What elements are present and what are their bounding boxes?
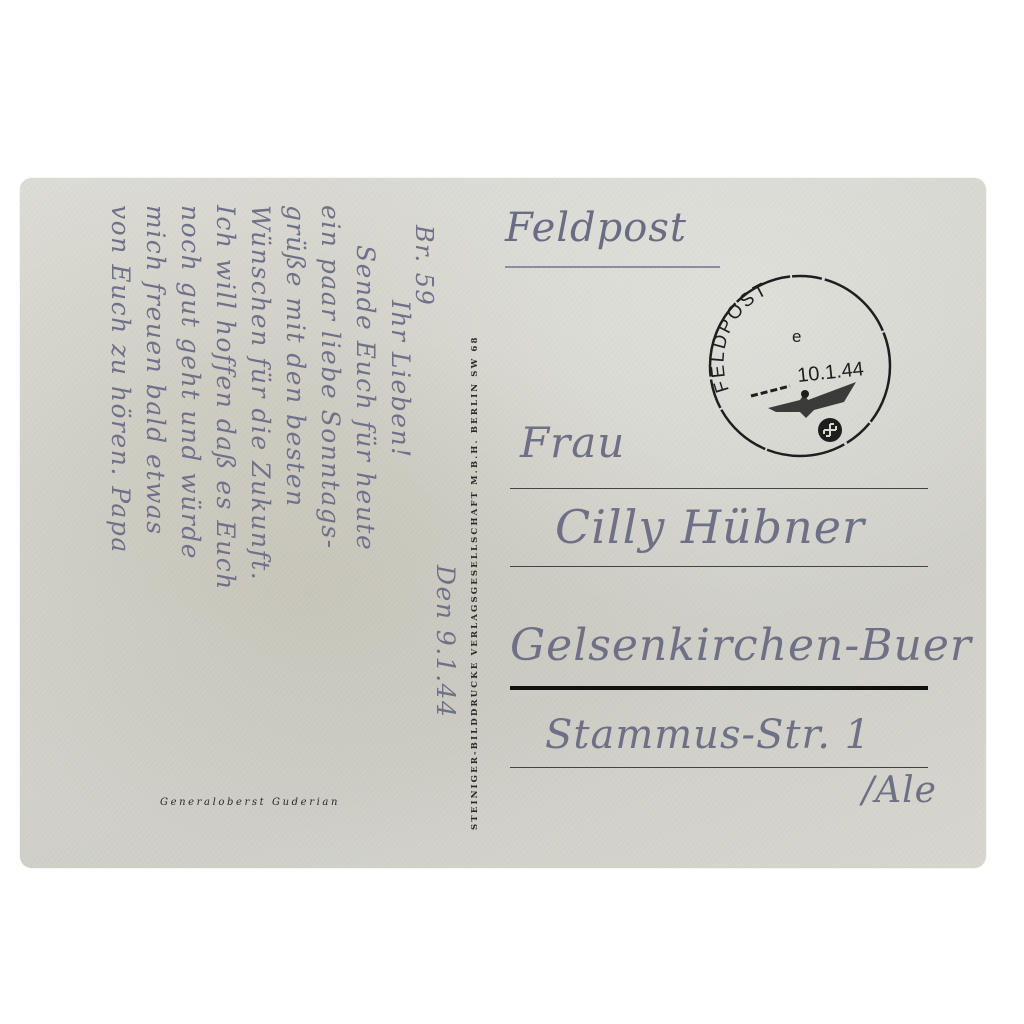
city: Gelsenkirchen-Buer xyxy=(510,620,972,671)
message-line: ein paar liebe Sonntags- xyxy=(316,205,345,550)
eagle-emblem-icon xyxy=(768,382,856,442)
stamp-letter: e xyxy=(792,327,801,346)
message-area: Br. 59 Ihr Lieben! Sende Euch für heute … xyxy=(40,195,460,855)
message-line: noch gut geht und würde xyxy=(176,205,205,560)
message-line: mich freuen bald etwas xyxy=(141,205,170,536)
feldpost-postmark: FELDPOST e 10.1.44 xyxy=(706,272,894,460)
message-line: grüße mit den besten xyxy=(281,205,310,508)
recipient-name: Cilly Hübner xyxy=(555,500,865,554)
address-line-4 xyxy=(510,767,928,768)
publisher-text: STEINIGER-BILDDRUCKE VERLAGSGESELLSCHAFT… xyxy=(470,335,480,830)
message-date: Den 9.1.44 xyxy=(431,565,460,718)
feldpost-header: Feldpost xyxy=(505,205,687,251)
message-line: Sende Euch für heute xyxy=(351,245,380,551)
address-line-2 xyxy=(510,566,928,567)
salutation: Frau xyxy=(520,418,625,467)
message-line: Ich will hoffen daß es Euch xyxy=(211,205,240,591)
message-line: von Euch zu hören. Papa xyxy=(106,205,135,554)
street: Stammus-Str. 1 xyxy=(545,712,871,758)
address-line-3 xyxy=(510,686,928,690)
sender-ref: Br. 59 xyxy=(410,225,438,306)
message-line: Ihr Lieben! xyxy=(386,300,415,459)
printed-caption: Generaloberst Guderian xyxy=(160,797,340,808)
stamp-top-text: FELDPOST xyxy=(707,279,772,395)
publisher-imprint: STEINIGER-BILDDRUCKE VERLAGSGESELLSCHAFT… xyxy=(470,190,488,830)
message-line: Wünschen für die Zukunft. xyxy=(246,205,275,581)
header-underline xyxy=(505,266,720,268)
street-suffix: /Ale xyxy=(862,770,937,811)
address-line-1 xyxy=(510,488,928,489)
